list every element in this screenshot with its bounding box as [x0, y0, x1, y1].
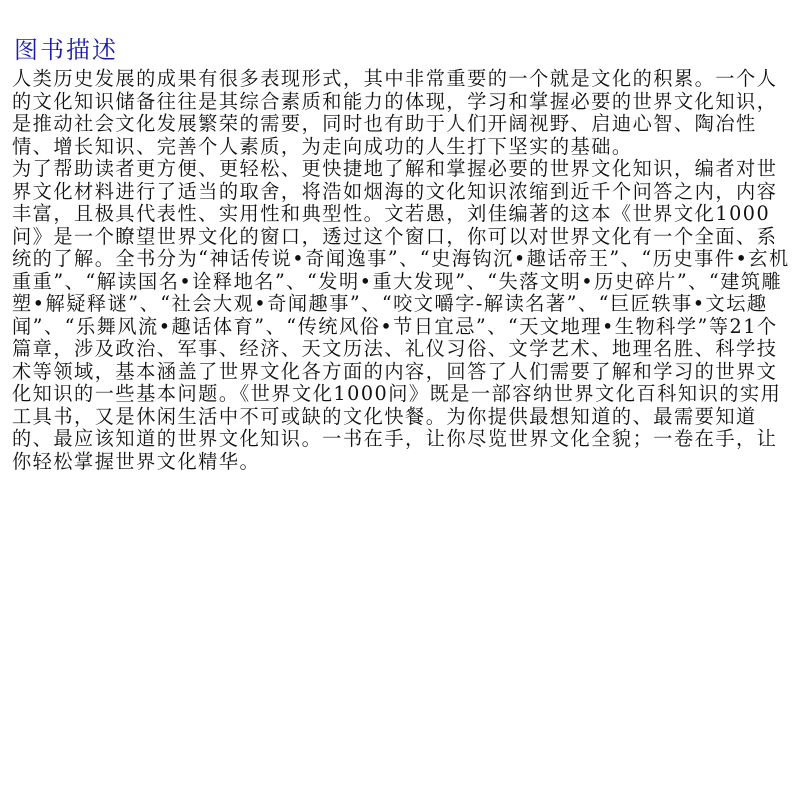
description-paragraph-2: 为了帮助读者更方便、更轻松、更快捷地了解和掌握必要的世界文化知识，编者对世界文化…	[12, 158, 792, 473]
book-description-section: 图书描述 人类历史发展的成果有很多表现形式，其中非常重要的一个就是文化的积累。一…	[12, 34, 792, 473]
description-paragraph-1: 人类历史发展的成果有很多表现形式，其中非常重要的一个就是文化的积累。一个人的文化…	[12, 68, 792, 158]
section-title: 图书描述	[14, 34, 792, 66]
